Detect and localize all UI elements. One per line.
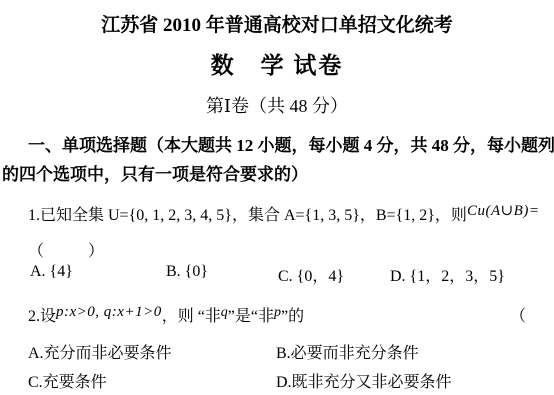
- question-1-options-row: A. {4} B. {0} C. {0，4} D. {1，2，3，5}: [0, 263, 554, 285]
- question-2-mid2: ”是“非: [228, 308, 274, 325]
- section-instructions-line1: 一、单项选择题（本大题共 12 小题，每小题 4 分，共 48 分，每小题列出: [28, 131, 554, 156]
- question-1-formula: Cu(A∪B)=: [467, 203, 540, 219]
- question-1-answer-paren: （ ）: [28, 238, 118, 261]
- question-2-option-a: A.充分而非必要条件: [28, 340, 172, 363]
- question-1-text: 1.已知全集 U={0, 1, 2, 3, 4, 5}，集合 A={1, 3, …: [28, 207, 467, 224]
- question-2-var-p: p: [274, 305, 281, 320]
- exam-subject-title: 数 学 试卷: [0, 47, 554, 80]
- question-2-answer-paren: （ ）: [510, 303, 554, 326]
- question-2-option-b: B.必要而非充分条件: [276, 340, 419, 363]
- question-2-option-d: D.既非充分又非必要条件: [276, 369, 452, 392]
- question-2-formula: p:x>0, q:x+1>0: [56, 304, 162, 320]
- section-instructions-line2: 的四个选项中，只有一项是符合要求的）: [2, 160, 308, 185]
- question-2-var-q: q: [221, 305, 228, 320]
- question-2-options-row-cd: C.充要条件 D.既非充分又非必要条件: [0, 369, 554, 391]
- question-1-stem: 1.已知全集 U={0, 1, 2, 3, 4, 5}，集合 A={1, 3, …: [28, 202, 539, 225]
- question-2-option-c: C.充要条件: [28, 369, 107, 392]
- question-2-mid3: ”的: [281, 308, 304, 325]
- question-2-mid1: ，则 “非: [162, 308, 221, 325]
- exam-part-heading: 第Ⅰ卷（共 48 分）: [0, 92, 554, 118]
- question-2-options-row-ab: A.充分而非必要条件 B.必要而非充分条件: [0, 340, 554, 362]
- exam-paper-page: 江苏省 2010 年普通高校对口单招文化统考 数 学 试卷 第Ⅰ卷（共 48 分…: [0, 0, 554, 395]
- exam-title: 江苏省 2010 年普通高校对口单招文化统考: [0, 10, 554, 37]
- question-1-option-a: A. {4}: [30, 263, 73, 281]
- question-1-option-d: D. {1，2，3，5}: [390, 263, 505, 286]
- question-1-option-c: C. {0，4}: [278, 263, 344, 286]
- question-2-prefix: 2.设: [28, 308, 56, 325]
- question-1-option-b: B. {0}: [166, 263, 208, 281]
- question-2-stem: 2.设p:x>0, q:x+1>0，则 “非q”是“非p”的: [28, 303, 304, 326]
